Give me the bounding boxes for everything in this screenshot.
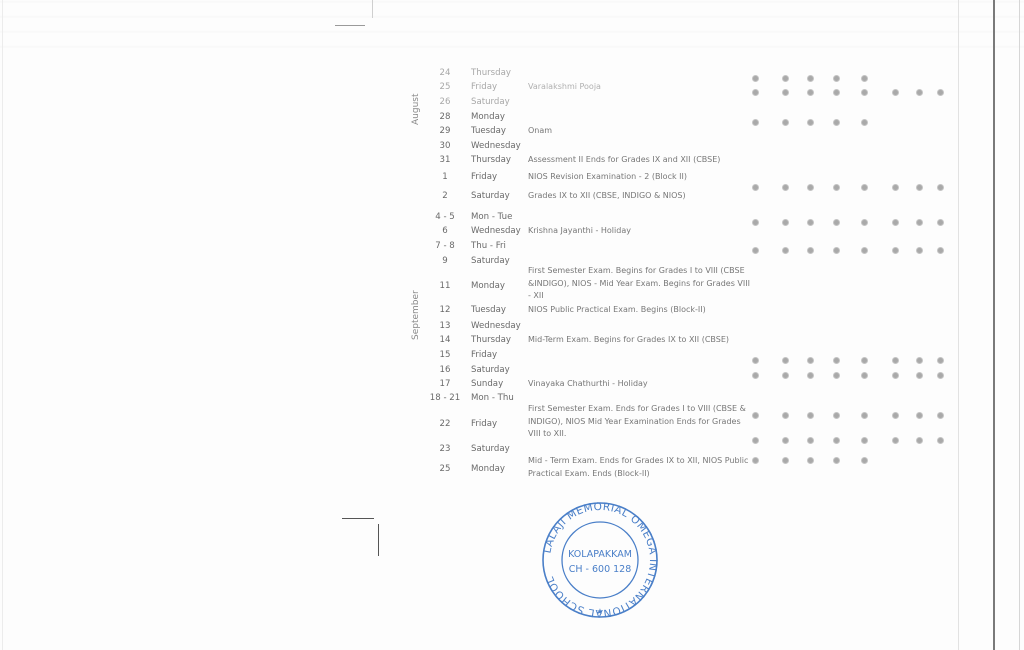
marker-dot xyxy=(916,372,923,379)
row-event: NIOS Public Practical Exam. Begins (Bloc… xyxy=(528,304,753,317)
marker-dot xyxy=(782,357,789,364)
marker-dot xyxy=(807,119,814,126)
marker-dot xyxy=(833,357,840,364)
row-day: Thursday xyxy=(471,68,511,78)
marker-dot xyxy=(752,457,759,464)
page-edge xyxy=(958,0,959,650)
marker-dot xyxy=(752,247,759,254)
marker-dot xyxy=(833,119,840,126)
marker-dot xyxy=(937,247,944,254)
month-label-september: September xyxy=(411,290,421,340)
marker-dot xyxy=(782,437,789,444)
marker-dot xyxy=(807,412,814,419)
row-date: 18 - 21 xyxy=(422,393,468,403)
marker-dot xyxy=(916,357,923,364)
row-day: Monday xyxy=(471,464,505,474)
marker-dot xyxy=(807,357,814,364)
row-day: Saturday xyxy=(471,191,510,201)
marker-dot xyxy=(937,357,944,364)
marker-dot xyxy=(861,75,868,82)
row-day: Tuesday xyxy=(471,305,506,315)
row-day: Saturday xyxy=(471,97,510,107)
row-date: 12 xyxy=(422,305,468,315)
marker-dot xyxy=(752,75,759,82)
marker-dot xyxy=(861,119,868,126)
page-edge xyxy=(993,0,995,650)
marker-dot xyxy=(752,119,759,126)
month-label-august: August xyxy=(411,94,421,126)
marker-dot xyxy=(937,89,944,96)
marker-dot xyxy=(782,75,789,82)
marker-dot xyxy=(892,89,899,96)
row-date: 30 xyxy=(422,141,468,151)
stamp-line2: CH - 600 128 xyxy=(569,564,632,575)
marker-dot xyxy=(916,412,923,419)
row-day: Wednesday xyxy=(471,321,521,331)
marker-dot xyxy=(892,247,899,254)
row-day: Sunday xyxy=(471,379,503,389)
row-date: 9 xyxy=(422,256,468,266)
marker-dot xyxy=(861,219,868,226)
row-event: Mid - Term Exam. Ends for Grades IX to X… xyxy=(528,455,753,480)
row-day: Thu - Fri xyxy=(471,241,506,251)
marker-dot xyxy=(937,437,944,444)
row-day: Mon - Thu xyxy=(471,393,514,403)
row-day: Friday xyxy=(471,82,497,92)
row-date: 23 xyxy=(422,444,468,454)
row-day: Wednesday xyxy=(471,141,521,151)
marker-dot xyxy=(807,247,814,254)
marker-dot xyxy=(861,412,868,419)
marker-dot xyxy=(916,184,923,191)
row-event: Assessment II Ends for Grades IX and XII… xyxy=(528,154,753,167)
crop-mark xyxy=(342,518,374,519)
marker-dot xyxy=(861,184,868,191)
crop-mark xyxy=(378,524,379,556)
row-date: 28 xyxy=(422,112,468,122)
row-day: Friday xyxy=(471,172,497,182)
row-date: 15 xyxy=(422,350,468,360)
marker-dot xyxy=(807,437,814,444)
marker-dot xyxy=(782,119,789,126)
row-day: Saturday xyxy=(471,256,510,266)
marker-dot xyxy=(807,372,814,379)
marker-dot xyxy=(861,437,868,444)
row-event: Grades IX to XII (CBSE, INDIGO & NIOS) xyxy=(528,190,753,203)
row-date: 22 xyxy=(422,419,468,429)
marker-dot xyxy=(937,412,944,419)
marker-dot xyxy=(833,247,840,254)
marker-dot xyxy=(807,89,814,96)
marker-dot xyxy=(833,219,840,226)
marker-dot xyxy=(861,357,868,364)
row-event: First Semester Exam. Begins for Grades I… xyxy=(528,265,753,303)
row-event: NIOS Revision Examination - 2 (Block II) xyxy=(528,171,753,184)
row-date: 4 - 5 xyxy=(422,212,468,222)
marker-dot xyxy=(807,457,814,464)
row-date: 24 xyxy=(422,68,468,78)
marker-dot xyxy=(861,457,868,464)
row-date: 6 xyxy=(422,226,468,236)
row-date: 2 xyxy=(422,191,468,201)
marker-dot xyxy=(782,412,789,419)
row-day: Tuesday xyxy=(471,126,506,136)
row-day: Monday xyxy=(471,281,505,291)
row-day: Monday xyxy=(471,112,505,122)
page-border xyxy=(2,0,3,650)
stamp-line1: KOLAPAKKAM xyxy=(568,549,632,560)
row-event: Varalakshmi Pooja xyxy=(528,81,753,94)
row-day: Friday xyxy=(471,419,497,429)
marker-dot xyxy=(861,89,868,96)
marker-dot xyxy=(807,219,814,226)
marker-dot xyxy=(937,372,944,379)
marker-dot xyxy=(807,75,814,82)
marker-dot xyxy=(892,357,899,364)
row-day: Thursday xyxy=(471,155,511,165)
marker-dot xyxy=(833,412,840,419)
row-day: Thursday xyxy=(471,335,511,345)
row-date: 29 xyxy=(422,126,468,136)
row-date: 7 - 8 xyxy=(422,241,468,251)
marker-dot xyxy=(833,372,840,379)
page-edge xyxy=(1019,0,1020,650)
marker-dot xyxy=(752,357,759,364)
star-icon: ★ xyxy=(596,607,603,616)
marker-dot xyxy=(752,219,759,226)
marker-dot xyxy=(916,219,923,226)
row-day: Friday xyxy=(471,350,497,360)
marker-dot xyxy=(752,89,759,96)
marker-dot xyxy=(861,247,868,254)
row-event: Krishna Jayanthi - Holiday xyxy=(528,225,753,238)
scan-mark xyxy=(335,25,365,26)
row-date: 26 xyxy=(422,97,468,107)
marker-dot xyxy=(833,437,840,444)
scan-noise xyxy=(0,0,1024,60)
row-date: 17 xyxy=(422,379,468,389)
marker-dot xyxy=(833,184,840,191)
school-stamp: LALAJI MEMORIAL OMEGA INTERNATIONAL SCHO… xyxy=(540,500,660,620)
marker-dot xyxy=(861,372,868,379)
row-date: 31 xyxy=(422,155,468,165)
scan-mark xyxy=(372,0,373,18)
marker-dot xyxy=(833,89,840,96)
marker-dot xyxy=(782,247,789,254)
marker-dot xyxy=(937,219,944,226)
marker-dot xyxy=(892,219,899,226)
row-event: Mid-Term Exam. Begins for Grades IX to X… xyxy=(528,334,753,347)
row-date: 14 xyxy=(422,335,468,345)
marker-dot xyxy=(807,184,814,191)
row-date: 16 xyxy=(422,365,468,375)
marker-dot xyxy=(752,372,759,379)
marker-dot xyxy=(892,437,899,444)
marker-dot xyxy=(892,184,899,191)
row-date: 11 xyxy=(422,281,468,291)
marker-dot xyxy=(782,89,789,96)
row-day: Mon - Tue xyxy=(471,212,512,222)
row-day: Saturday xyxy=(471,365,510,375)
marker-dot xyxy=(752,437,759,444)
marker-dot xyxy=(892,412,899,419)
marker-dot xyxy=(833,75,840,82)
marker-dot xyxy=(916,89,923,96)
marker-dot xyxy=(782,457,789,464)
row-event: Vinayaka Chathurthi - Holiday xyxy=(528,378,753,391)
row-date: 25 xyxy=(422,82,468,92)
marker-dot xyxy=(833,457,840,464)
marker-dot xyxy=(752,184,759,191)
marker-dot xyxy=(782,184,789,191)
marker-dot xyxy=(892,372,899,379)
marker-dot xyxy=(916,247,923,254)
marker-dot xyxy=(782,219,789,226)
row-date: 1 xyxy=(422,172,468,182)
row-date: 13 xyxy=(422,321,468,331)
row-date: 25 xyxy=(422,464,468,474)
row-event: First Semester Exam. Ends for Grades I t… xyxy=(528,403,753,441)
marker-dot xyxy=(937,184,944,191)
row-event: Onam xyxy=(528,125,753,138)
marker-dot xyxy=(916,437,923,444)
marker-dot xyxy=(782,372,789,379)
row-day: Saturday xyxy=(471,444,510,454)
marker-dot xyxy=(752,412,759,419)
row-day: Wednesday xyxy=(471,226,521,236)
